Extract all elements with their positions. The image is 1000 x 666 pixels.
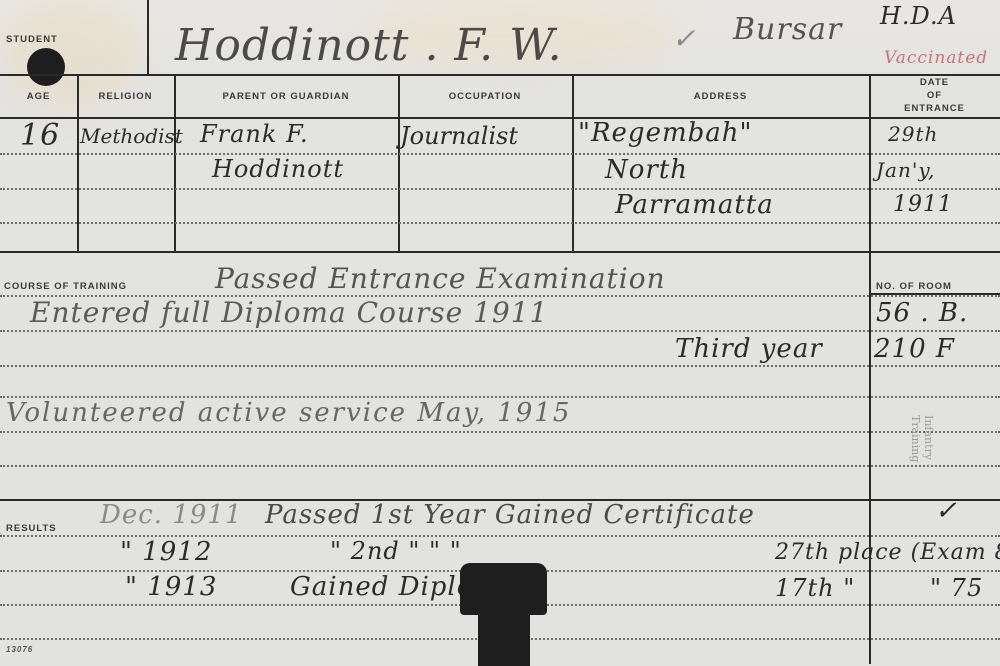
initials: H.D.A [880,2,957,30]
result-place: 17th " [775,574,855,602]
form-number: 13076 [6,643,33,656]
course-line-1: Passed Entrance Examination [215,262,666,295]
age-header: AGE [0,90,77,103]
result-year: Dec. 1911 [100,500,243,530]
student-label: STUDENT [6,33,58,46]
parent-line-1: Frank F. [200,120,309,148]
course-label: COURSE OF TRAINING [4,280,127,293]
room-2: 210 F [874,334,955,364]
address-line-1: "Regembah" [578,118,752,148]
result-mark: ✓ [935,496,958,526]
occupation-value: Journalist [400,122,518,150]
room-1: 56 . B. [876,298,968,328]
ruled-line [0,153,1000,155]
course-line-2: Entered full Diploma Course 1911 [30,296,548,329]
result-mark: " 75 [930,574,983,602]
tick-mark: ✓ [672,22,696,55]
ruled-line [0,465,1000,467]
header-line: OF [869,89,1000,102]
results-label: RESULTS [6,522,57,535]
ghost-stamp: Infantry · Training [909,415,935,480]
result-text: " 2nd " " " [330,537,462,565]
ruled-line [0,222,1000,224]
parent-header: PARENT OR GUARDIAN [174,90,398,103]
punch-hole [27,48,65,86]
ruled-line [0,365,1000,367]
vaccinated-note: Vaccinated [884,48,988,68]
student-record-card: STUDENT Hoddinott . F. W. ✓ Bursar H.D.A… [0,0,1000,666]
course-line-3: Third year [675,334,823,364]
divider [0,74,1000,76]
religion-value: Methodist [80,124,183,148]
ruled-line [0,431,1000,433]
header-line: DATE [869,76,1000,89]
address-line-2: North [605,155,688,185]
address-header: ADDRESS [572,90,869,103]
result-place: 27th place (Exam 81) [775,540,1000,565]
religion-header: RELIGION [77,90,174,103]
header-line: ENTRANCE [869,102,1000,115]
date-of-entrance-header: DATE OF ENTRANCE [869,76,1000,115]
bursar-note: Bursar [733,12,842,47]
ruled-line [0,330,1000,332]
result-year: " 1913 [125,572,217,602]
divider [869,74,871,664]
entrance-year: 1911 [893,192,953,217]
result-year: " 1912 [120,537,212,567]
entrance-day: 29th [888,122,938,146]
course-line-4: Volunteered active service May, 1915 [6,398,571,428]
occupation-header: OCCUPATION [398,90,572,103]
card-notch [478,610,530,666]
card-notch [460,563,547,615]
ruled-line [0,188,1000,190]
room-label: NO. OF ROOM [876,280,952,293]
result-text: Passed 1st Year Gained Certificate [265,500,755,530]
entrance-month: Jan'y, [876,158,935,182]
divider [0,117,1000,119]
age-value: 16 [20,118,60,153]
address-line-3: Parramatta [615,190,774,220]
divider [0,251,1000,253]
student-name: Hoddinott . F. W. [175,20,563,71]
divider [147,0,149,75]
parent-line-2: Hoddinott [212,155,344,183]
